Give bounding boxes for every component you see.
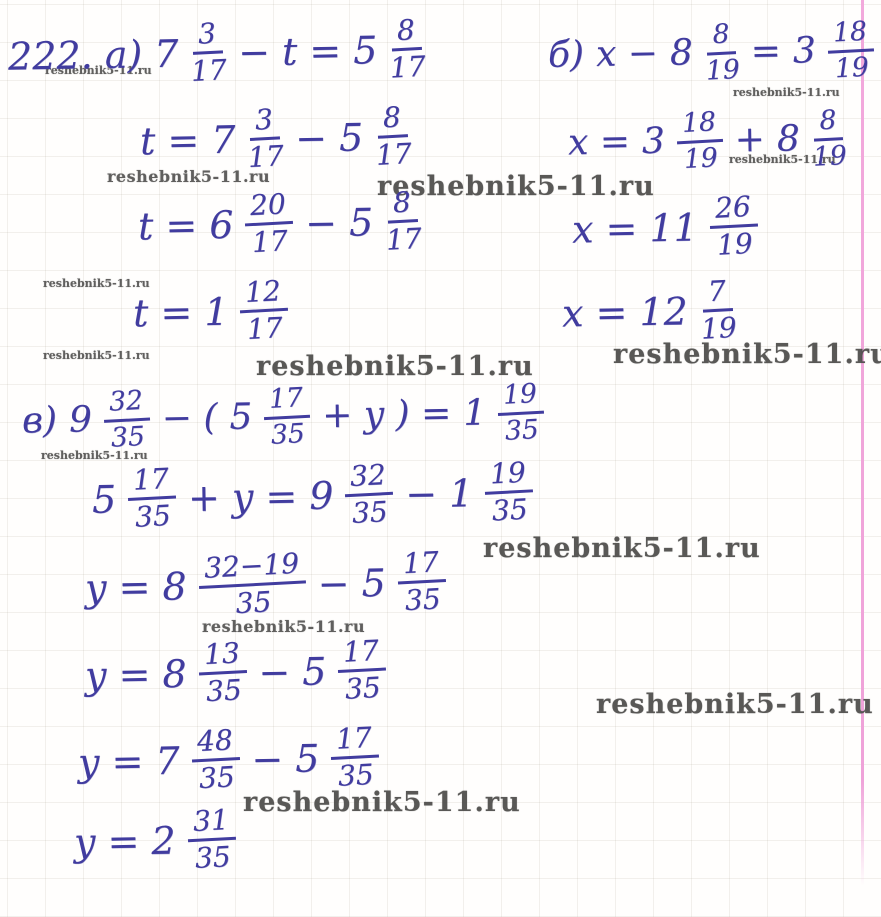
fraction: 3135 (186, 806, 237, 874)
fraction-numerator: 8 (386, 188, 418, 224)
math-text: x = (568, 124, 631, 161)
math-text: 7 (211, 120, 236, 158)
notebook-page: reshebnik5-11.rureshebnik5-11.rureshebni… (0, 0, 881, 917)
watermark: reshebnik5-11.ru (243, 787, 521, 818)
math-text: в) (22, 403, 58, 440)
math-text: t (282, 32, 298, 70)
equation-line-v-4: y =81335−51735 (84, 637, 386, 707)
fraction-denominator: 17 (389, 50, 426, 83)
fraction: 1735 (337, 637, 388, 705)
equation-line-a-3: t =62017−5817 (137, 189, 421, 259)
fraction-numerator: 19 (497, 381, 545, 416)
fraction: 1735 (396, 548, 447, 616)
math-text: 3 (642, 124, 666, 160)
fraction-numerator: 17 (263, 385, 311, 420)
math-text: − ( (162, 400, 218, 437)
fraction-denominator: 19 (683, 142, 718, 173)
math-text: − (258, 653, 291, 692)
fraction-denominator: 17 (247, 139, 284, 172)
equation-line-b-4: x =12719 (561, 277, 736, 345)
fraction-numerator: 7 (701, 277, 733, 313)
fraction: 817 (388, 16, 427, 83)
fraction: 4835 (190, 726, 241, 794)
math-text: 5 (229, 400, 253, 436)
fraction-numerator: 19 (484, 458, 534, 495)
fraction-numerator: 3 (192, 19, 224, 55)
math-text: t = (133, 293, 193, 332)
fraction-denominator: 35 (194, 840, 231, 873)
fraction-denominator: 35 (491, 493, 528, 526)
fraction-denominator: 35 (110, 420, 145, 451)
math-text: 5 (92, 480, 117, 518)
fraction-numerator: 32−19 (197, 549, 306, 589)
equation-line-v-3: y =832−1935−51735 (84, 549, 446, 621)
math-text: y = (78, 742, 144, 781)
watermark: reshebnik5-11.ru (202, 617, 365, 636)
math-text: x − (596, 36, 659, 73)
fraction-numerator: 20 (244, 190, 294, 227)
fraction-numerator: 48 (190, 726, 240, 763)
fraction-numerator: 18 (675, 109, 723, 144)
equation-line-b-2: x =31819+8819 (567, 108, 846, 175)
equation-line-v-5: y =74835−51735 (77, 724, 379, 794)
math-text: 5 (353, 31, 378, 69)
fraction: 819 (810, 107, 847, 171)
fraction-numerator: 13 (197, 639, 247, 676)
equation-line-v-6: y =23135 (73, 807, 235, 875)
fraction: 317 (246, 105, 285, 172)
fraction: 1935 (497, 381, 546, 446)
math-text: t = (140, 121, 200, 160)
math-text: − (305, 204, 338, 243)
equation-line-v-1: в)93235− (51735+ y ) =11935 (21, 381, 544, 452)
math-text: 8 (777, 122, 801, 158)
math-text: − (295, 119, 328, 158)
fraction-numerator: 18 (826, 18, 874, 53)
fraction-numerator: 17 (337, 637, 387, 674)
equation-line-b-1: б)x −8819=31819 (547, 19, 874, 87)
math-text: = (309, 31, 342, 70)
math-text: 5 (339, 118, 364, 156)
fraction: 817 (374, 103, 413, 170)
fraction: 1735 (263, 385, 312, 450)
fraction: 317 (189, 19, 228, 86)
fraction: 1935 (484, 458, 535, 526)
fraction-numerator: 12 (239, 277, 289, 314)
math-text: 5 (361, 564, 386, 602)
math-text: 7 (154, 34, 179, 72)
fraction: 1217 (239, 277, 290, 345)
watermark: reshebnik5-11.ru (596, 689, 874, 720)
math-text: 3 (793, 33, 817, 69)
math-text: 12 (639, 292, 688, 331)
fraction-denominator: 19 (700, 311, 737, 344)
fraction-denominator: 19 (716, 227, 753, 260)
fraction-denominator: 17 (190, 53, 227, 86)
math-text: 1 (204, 292, 229, 330)
math-text: 5 (302, 652, 327, 690)
fraction: 1819 (826, 18, 875, 83)
math-text: t = (138, 206, 198, 245)
math-text: − (317, 564, 350, 603)
math-text: − (238, 33, 271, 72)
math-text: − (405, 474, 438, 513)
fraction-numerator: 17 (396, 548, 446, 585)
fraction-numerator: 26 (708, 193, 758, 230)
math-text: x = (572, 209, 638, 248)
fraction-numerator: 31 (186, 806, 236, 843)
fraction-denominator: 19 (812, 140, 847, 171)
math-text: 222. а) (8, 35, 143, 75)
math-text: б) (548, 37, 585, 74)
fraction: 1735 (330, 724, 381, 792)
math-text: 11 (649, 208, 698, 247)
equation-line-a-1: 222. а)7317−t=5817 (7, 16, 425, 89)
fraction-denominator: 35 (205, 673, 242, 706)
math-text: 1 (449, 474, 474, 512)
fraction-denominator: 35 (337, 758, 374, 791)
fraction-numerator: 17 (127, 465, 177, 502)
watermark: reshebnik5-11.ru (733, 86, 840, 99)
equation-line-a-2: t =7317−5817 (139, 104, 411, 174)
margin-line (861, 0, 864, 886)
math-text: y = (74, 822, 140, 861)
math-text: 6 (209, 205, 234, 243)
fraction: 1335 (197, 639, 248, 707)
fraction: 32−1935 (197, 549, 307, 620)
fraction: 2017 (244, 190, 295, 258)
math-text: 8 (162, 567, 187, 605)
math-text: 9 (309, 476, 334, 514)
fraction-numerator: 8 (376, 103, 408, 139)
fraction-denominator: 19 (705, 54, 740, 85)
watermark: reshebnik5-11.ru (43, 349, 150, 362)
fraction: 819 (703, 21, 740, 85)
equation-line-b-3: x =112619 (571, 193, 758, 261)
fraction-denominator: 19 (834, 51, 869, 82)
fraction-denominator: 35 (270, 418, 305, 449)
math-text: 5 (295, 739, 320, 777)
fraction: 3235 (344, 461, 395, 529)
fraction-denominator: 35 (352, 495, 389, 528)
fraction-denominator: 17 (251, 224, 288, 257)
math-text: = (750, 34, 781, 71)
fraction-denominator: 35 (504, 414, 539, 445)
equation-line-a-4: t =11217 (132, 278, 288, 346)
math-text: 9 (69, 402, 93, 438)
math-text: 5 (349, 203, 374, 241)
math-text: 8 (162, 654, 187, 692)
math-text: + y = (188, 477, 298, 517)
fraction: 2619 (708, 193, 759, 261)
math-text: 1 (463, 396, 487, 432)
fraction: 1819 (675, 109, 724, 174)
fraction-numerator: 3 (249, 105, 281, 141)
fraction: 817 (384, 188, 423, 255)
fraction-denominator: 17 (246, 311, 283, 344)
fraction: 1735 (127, 465, 178, 533)
fraction-denominator: 35 (344, 671, 381, 704)
fraction-numerator: 8 (706, 21, 737, 55)
math-text: 2 (151, 821, 176, 859)
fraction: 719 (698, 277, 737, 344)
fraction-denominator: 35 (198, 760, 235, 793)
math-text: + y ) = (322, 396, 452, 434)
watermark: reshebnik5-11.ru (483, 533, 761, 564)
math-text: + (734, 122, 765, 159)
fraction: 3235 (102, 388, 151, 453)
fraction-numerator: 32 (102, 388, 150, 423)
math-text: x = (562, 293, 628, 332)
watermark: reshebnik5-11.ru (256, 351, 534, 382)
fraction-denominator: 17 (385, 222, 422, 255)
fraction-numerator: 8 (813, 107, 844, 141)
math-text: 7 (155, 741, 180, 779)
math-text: y = (85, 568, 151, 607)
math-text: − (251, 740, 284, 779)
fraction-numerator: 8 (391, 16, 423, 52)
fraction-denominator: 17 (375, 137, 412, 170)
fraction-numerator: 17 (330, 724, 380, 761)
fraction-numerator: 32 (344, 461, 394, 498)
fraction-denominator: 35 (134, 499, 171, 532)
fraction-denominator: 35 (234, 585, 271, 618)
fraction-denominator: 35 (404, 582, 441, 615)
equation-line-v-2: 51735+ y =93235−11935 (91, 459, 533, 532)
math-text: 8 (670, 35, 694, 71)
math-text: y = (85, 655, 151, 694)
